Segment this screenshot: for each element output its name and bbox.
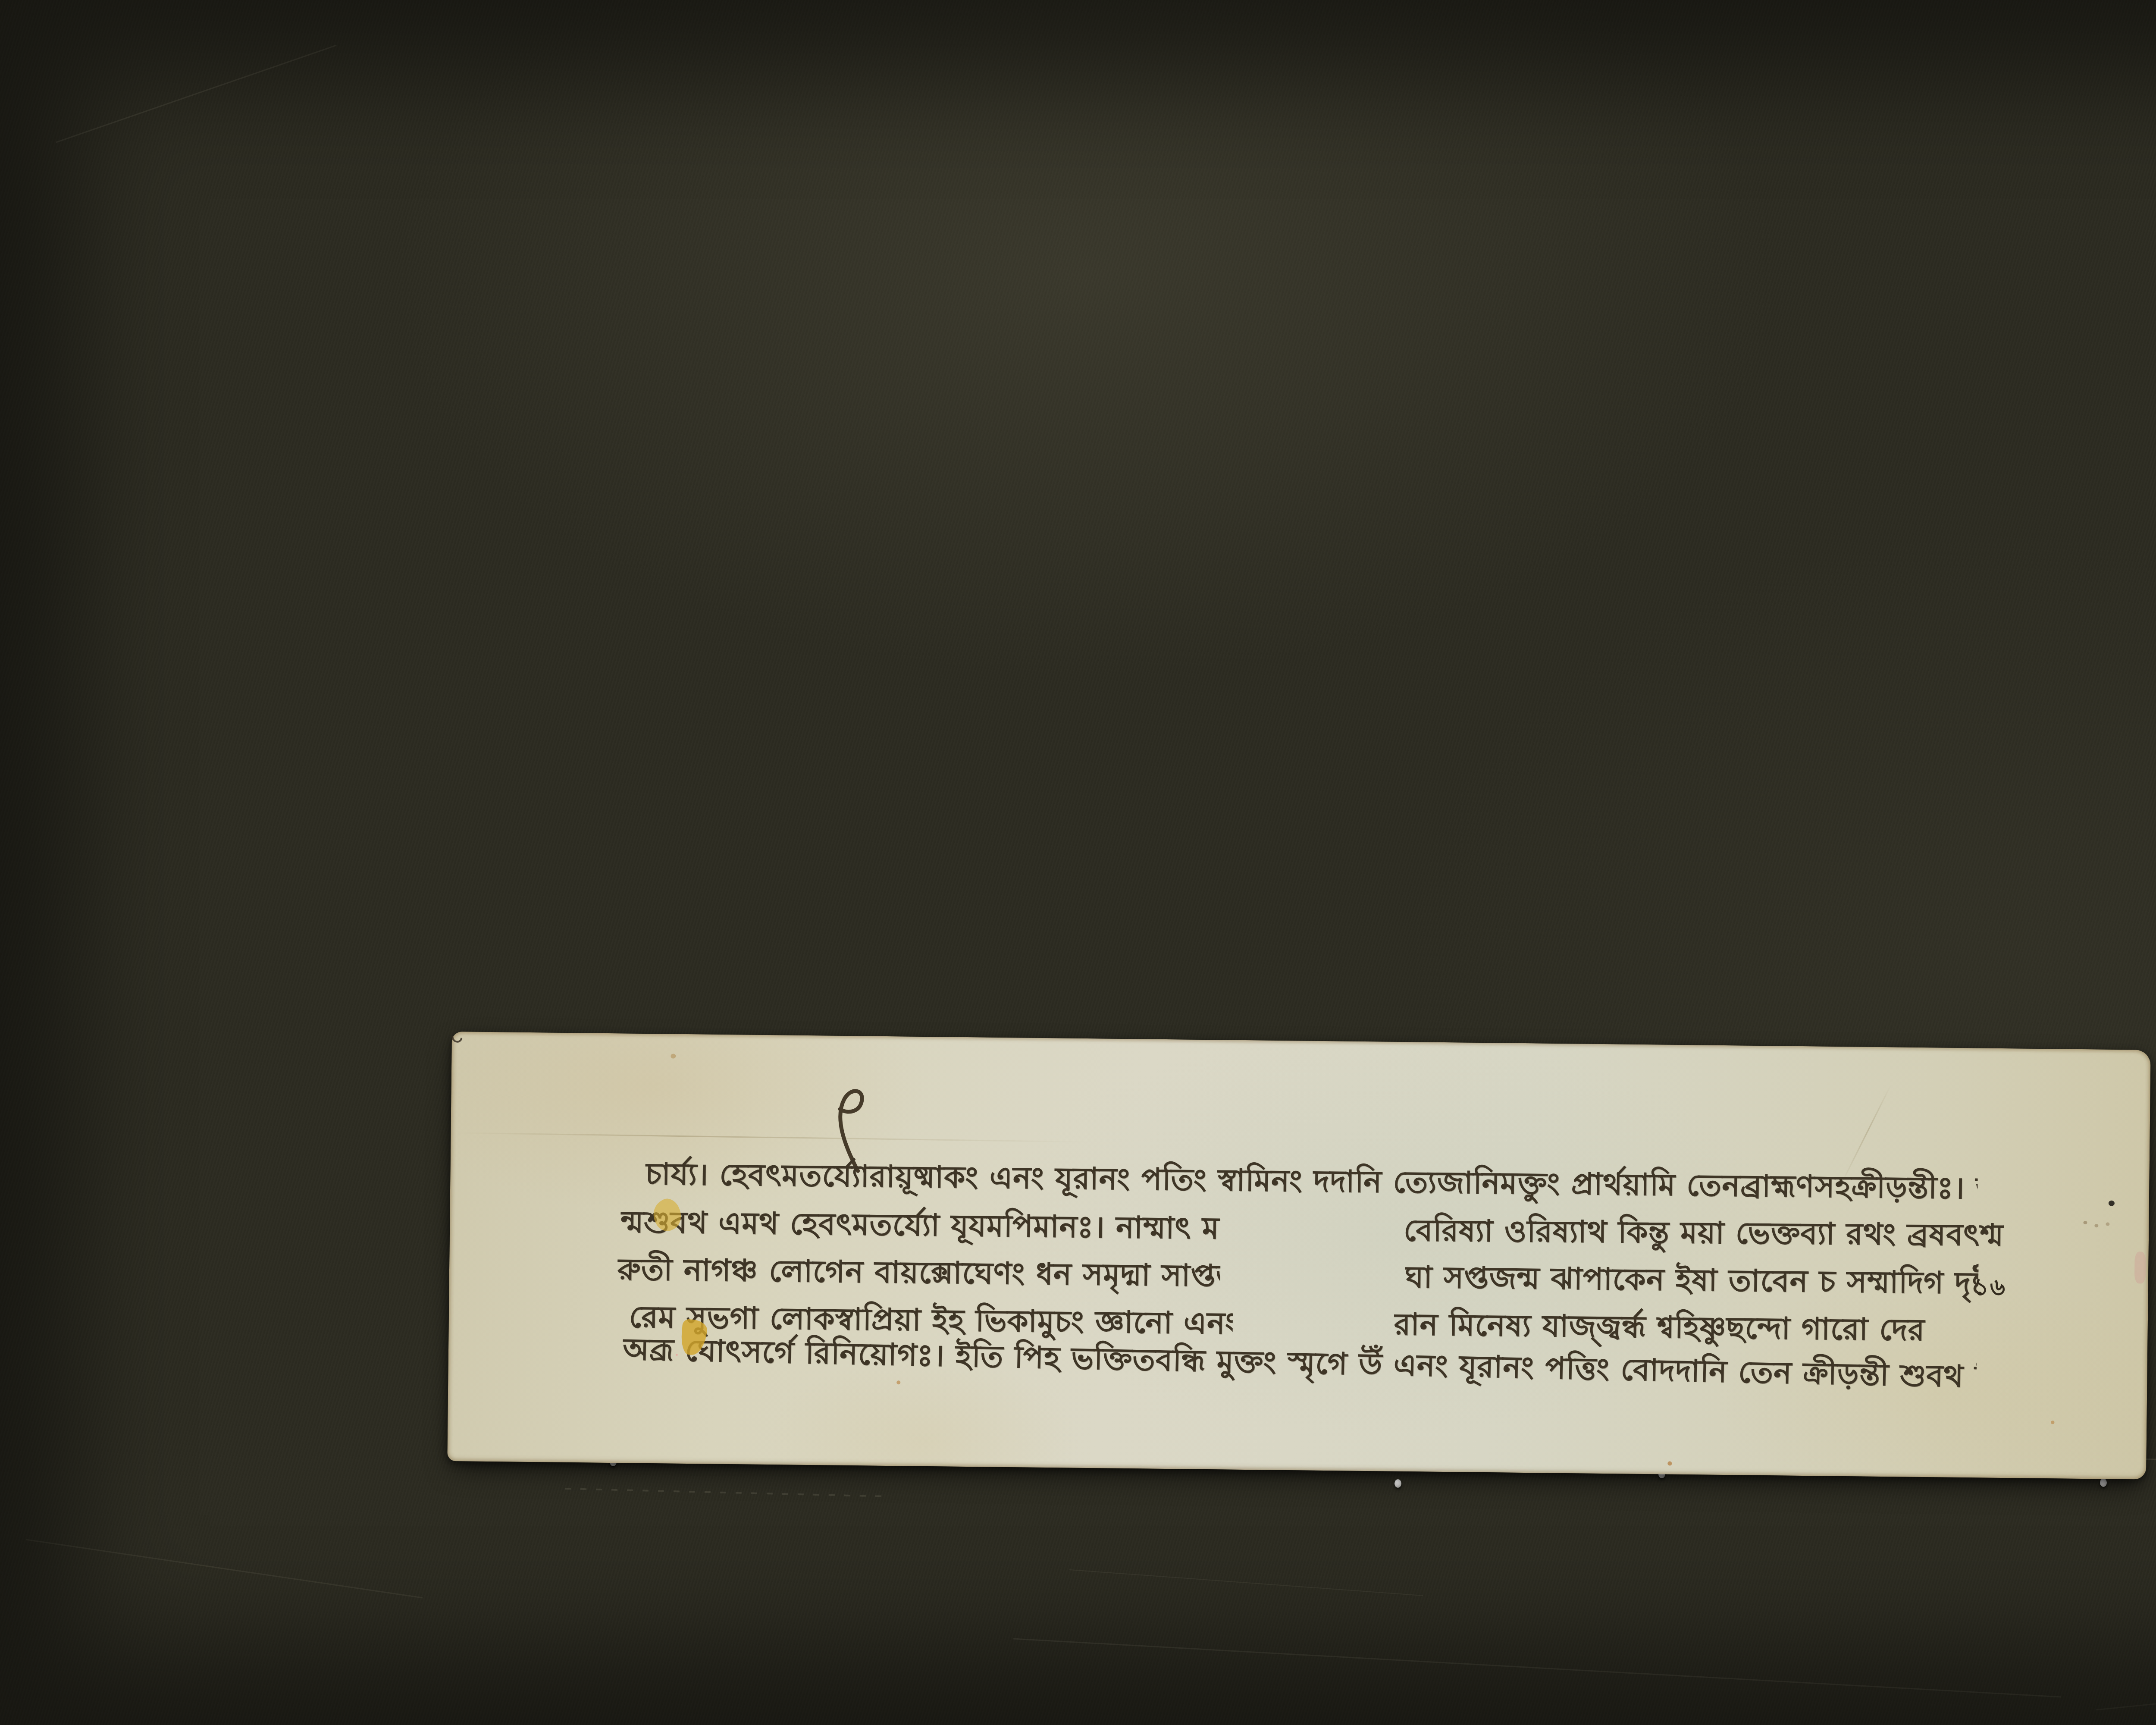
paper-crease-horizontal bbox=[457, 1132, 1091, 1143]
mounting-pin-2 bbox=[1395, 1479, 1401, 1488]
text-line-1: চার্য্য। হেবৎমতর্য্যোরায়ূষ্মাকং এনং যূর… bbox=[645, 1154, 1978, 1208]
stain-speck-1 bbox=[896, 1380, 900, 1384]
photo-page: { "scene": { "type": "photograph", "subj… bbox=[0, 0, 2156, 1725]
mounting-board: চার্য্য। হেবৎমতর্য্যোরায়ূষ্মাকং এনং যূর… bbox=[0, 0, 2156, 1725]
mounting-pin-4 bbox=[2100, 1478, 2107, 1487]
text-line-2-right: বেরিষ্যা ওরিষ্যাথ কিন্তু ময়া ভেক্তব্যা … bbox=[1404, 1210, 2004, 1255]
pink-glint-speck bbox=[676, 1354, 678, 1356]
text-line-4-right: রান মিনেষ্য যাজ্জ্বর্ন্ধ শ্বহিষ্ণুছন্দো … bbox=[1394, 1304, 1977, 1351]
paper-edge-patch bbox=[2134, 1251, 2146, 1283]
manuscript-leaf: চার্য্য। হেবৎমতর্য্যোরায়ূষ্মাকং এনং যূর… bbox=[447, 1032, 2151, 1480]
folio-number: ১৬ bbox=[1974, 1269, 2006, 1308]
faint-ink-dots bbox=[2083, 1221, 2087, 1224]
stain-speck-2 bbox=[1667, 1462, 1672, 1466]
stain-speck-corner bbox=[671, 1054, 676, 1058]
text-line-2-left: ন্মশুবথ এমথ হেবৎমতর্য্যো যূযমপিমানঃ। নাম… bbox=[620, 1201, 1221, 1248]
stain-speck-3 bbox=[2051, 1421, 2054, 1424]
text-line-3-left: রুতী নাগঞ্চ লোগেন বায়ক্সোঘেণং ধন সমৃদ্ম… bbox=[617, 1249, 1221, 1296]
ink-dot bbox=[2109, 1201, 2115, 1206]
text-line-3-right: ঘা সপ্তজন্ম ঝাপাকেন ইষা তাবেন চ সম্মাদিগ… bbox=[1404, 1257, 1978, 1303]
